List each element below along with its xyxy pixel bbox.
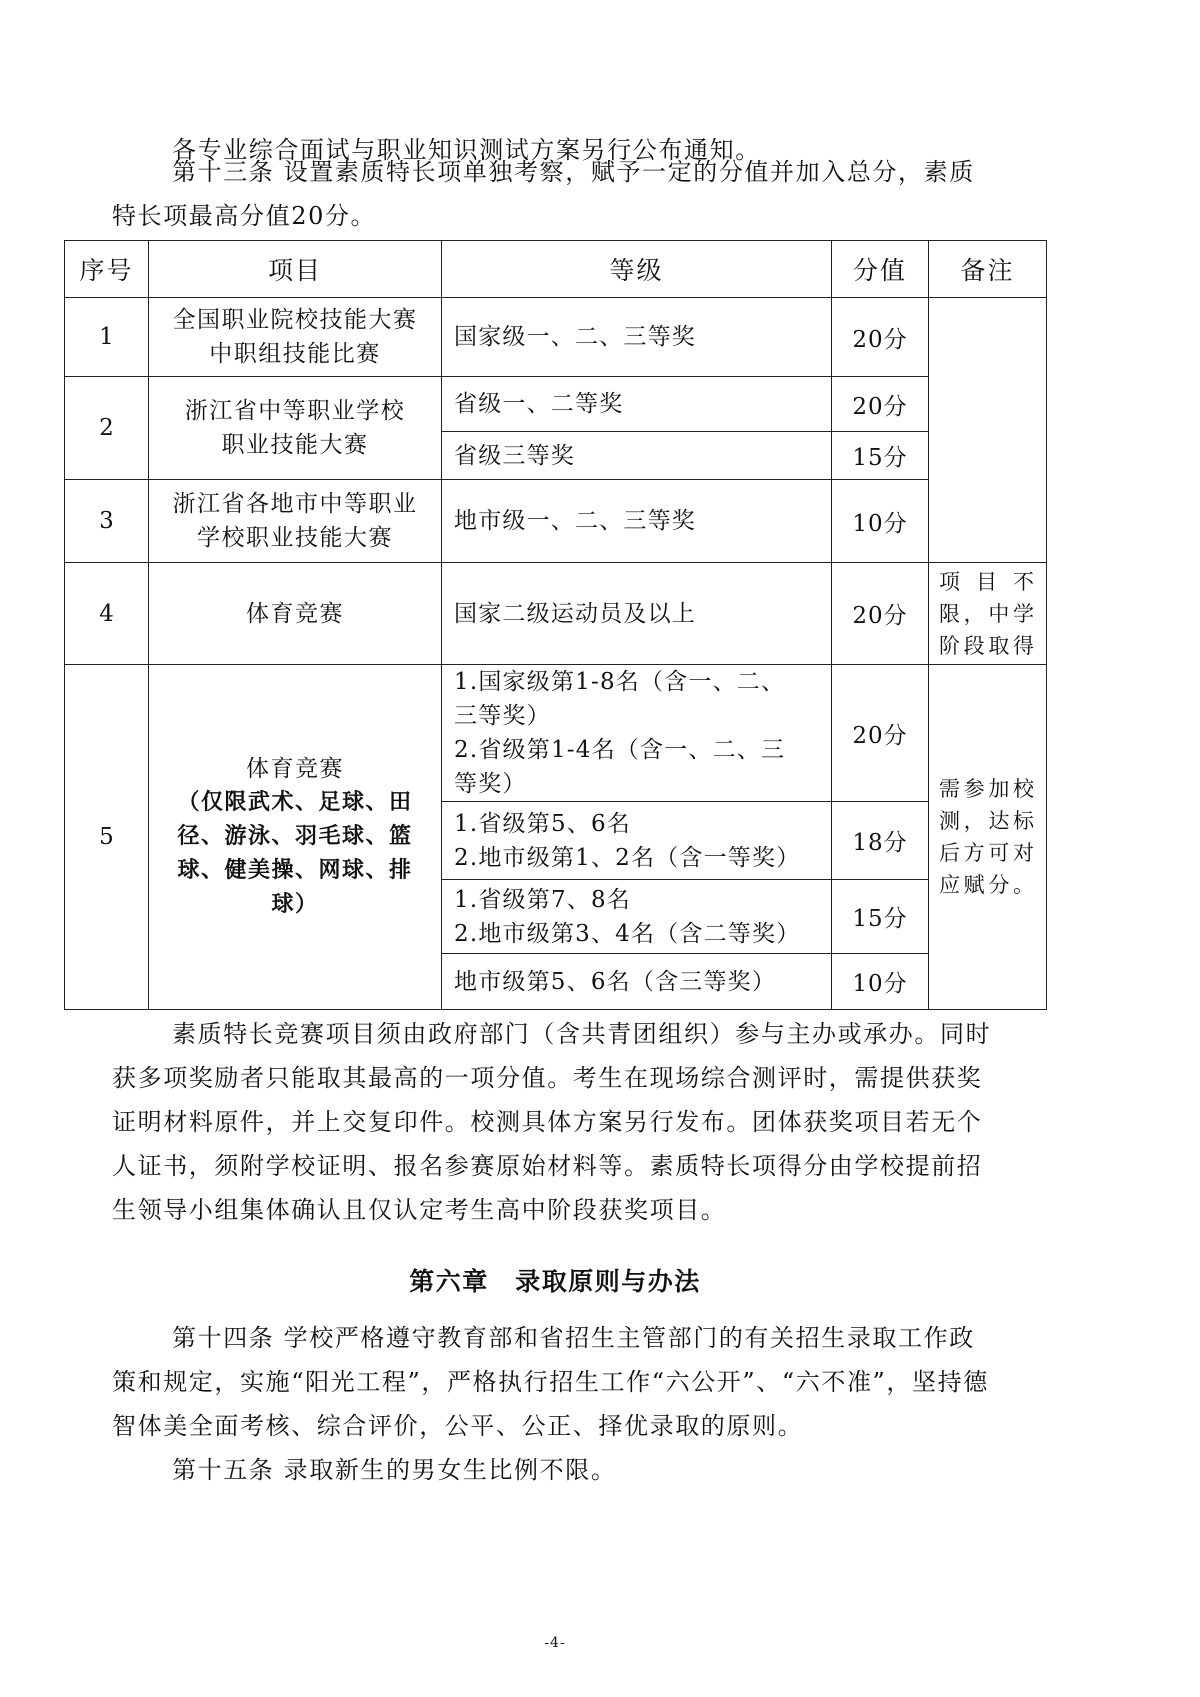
row-no: 5: [65, 665, 149, 1010]
row-item: 浙江省中等职业学校 职业技能大赛: [149, 377, 442, 480]
row-level: 1.省级第7、8名 2.地市级第3、4名（含二等奖）: [442, 880, 832, 954]
row-score: 15分: [832, 880, 929, 954]
row-score: 18分: [832, 802, 929, 880]
header-score: 分值: [832, 241, 929, 298]
row-score: 20分: [832, 563, 929, 665]
row-score: 10分: [832, 954, 929, 1010]
row-item: 浙江省各地市中等职业 学校职业技能大赛: [149, 480, 442, 563]
row-item: 全国职业院校技能大赛 中职组技能比赛: [149, 298, 442, 377]
row-level: 国家二级运动员及以上: [442, 563, 832, 665]
item-line: 全国职业院校技能大赛: [149, 303, 441, 337]
row-level: 地市级第5、6名（含三等奖）: [442, 954, 832, 1010]
level-line: 2.地市级第1、2名（含一等奖）: [454, 841, 831, 875]
row-item: 体育竞赛: [149, 563, 442, 665]
item-line: 中职组技能比赛: [149, 337, 441, 371]
table-row: 3 浙江省各地市中等职业 学校职业技能大赛 地市级一、二、三等奖 10分: [65, 480, 1047, 563]
row-score: 20分: [832, 665, 929, 802]
row-item: 体育竞赛 （仅限武术、足球、田 径、游泳、羽毛球、篮 球、健美操、网球、排 球）: [149, 665, 442, 1010]
talent-score-table: 序号 项目 等级 分值 备注 1 全国职业院校技能大赛 中职组技能比赛 国家级一…: [64, 240, 1047, 1010]
item-line: 职业技能大赛: [149, 428, 441, 462]
item-line: 学校职业技能大赛: [149, 521, 441, 555]
row-level: 地市级一、二、三等奖: [442, 480, 832, 563]
row-score: 15分: [832, 432, 929, 480]
item-line: 浙江省各地市中等职业: [149, 487, 441, 521]
row-no: 3: [65, 480, 149, 563]
table-row: 5 体育竞赛 （仅限武术、足球、田 径、游泳、羽毛球、篮 球、健美操、网球、排 …: [65, 665, 1047, 802]
row-note: 项目不限，中学阶段取得: [929, 563, 1047, 665]
article-13: 第十三条 设置素质特长项单独考察，赋予一定的分值并加入总分，素质特长项最高分值2…: [112, 150, 992, 238]
row-level: 国家级一、二、三等奖: [442, 298, 832, 377]
row-level: 省级三等奖: [442, 432, 832, 480]
table-header-row: 序号 项目 等级 分值 备注: [65, 241, 1047, 298]
item-line: 浙江省中等职业学校: [149, 394, 441, 428]
header-item: 项目: [149, 241, 442, 298]
row-score: 10分: [832, 480, 929, 563]
item-title: 体育竞赛: [159, 752, 431, 786]
row-score: 20分: [832, 377, 929, 432]
level-line: 1.省级第7、8名: [454, 883, 831, 917]
item-line-bold: 球）: [159, 888, 431, 922]
level-line: 三等奖）: [454, 699, 831, 733]
level-line: 2.地市级第3、4名（含二等奖）: [454, 917, 831, 951]
article-14: 第十四条 学校严格遵守教育部和省招生主管部门的有关招生录取工作政策和规定，实施“…: [112, 1316, 992, 1448]
table-row: 1 全国职业院校技能大赛 中职组技能比赛 国家级一、二、三等奖 20分: [65, 298, 1047, 377]
level-line: 2.省级第1-4名（含一、二、三: [454, 733, 831, 767]
row-level: 1.国家级第1-8名（含一、二、 三等奖） 2.省级第1-4名（含一、二、三 等…: [442, 665, 832, 802]
row-level: 省级一、二等奖: [442, 377, 832, 432]
header-level: 等级: [442, 241, 832, 298]
article-13-text: 第十三条 设置素质特长项单独考察，赋予一定的分值并加入总分，素质特长项最高分值2…: [112, 158, 975, 230]
level-line: 1.省级第5、6名: [454, 807, 831, 841]
row-no: 4: [65, 563, 149, 665]
row-level: 1.省级第5、6名 2.地市级第1、2名（含一等奖）: [442, 802, 832, 880]
article-15: 第十五条 录取新生的男女生比例不限。: [112, 1448, 992, 1492]
level-line: 等奖）: [454, 767, 831, 801]
row-note-empty: [929, 298, 1047, 563]
row-no: 1: [65, 298, 149, 377]
item-line-bold: 球、健美操、网球、排: [159, 854, 431, 888]
item-line-bold: 径、游泳、羽毛球、篮: [159, 820, 431, 854]
chapter-6-title: 第六章 录取原则与办法: [0, 1262, 1110, 1298]
level-line: 1.国家级第1-8名（含一、二、: [454, 665, 831, 699]
item-line-bold: （仅限武术、足球、田: [159, 786, 431, 820]
row-no: 2: [65, 377, 149, 480]
page-number: -4-: [0, 1635, 1110, 1651]
row-score: 20分: [832, 298, 929, 377]
header-note: 备注: [929, 241, 1047, 298]
header-no: 序号: [65, 241, 149, 298]
row-note: 需参加校测，达标后方可对应赋分。: [929, 665, 1047, 1010]
table-row: 2 浙江省中等职业学校 职业技能大赛 省级一、二等奖 20分: [65, 377, 1047, 432]
table-row: 4 体育竞赛 国家二级运动员及以上 20分 项目不限，中学阶段取得: [65, 563, 1047, 665]
after-table-paragraph: 素质特长竞赛项目须由政府部门（含共青团组织）参与主办或承办。同时获多项奖励者只能…: [112, 1012, 992, 1232]
